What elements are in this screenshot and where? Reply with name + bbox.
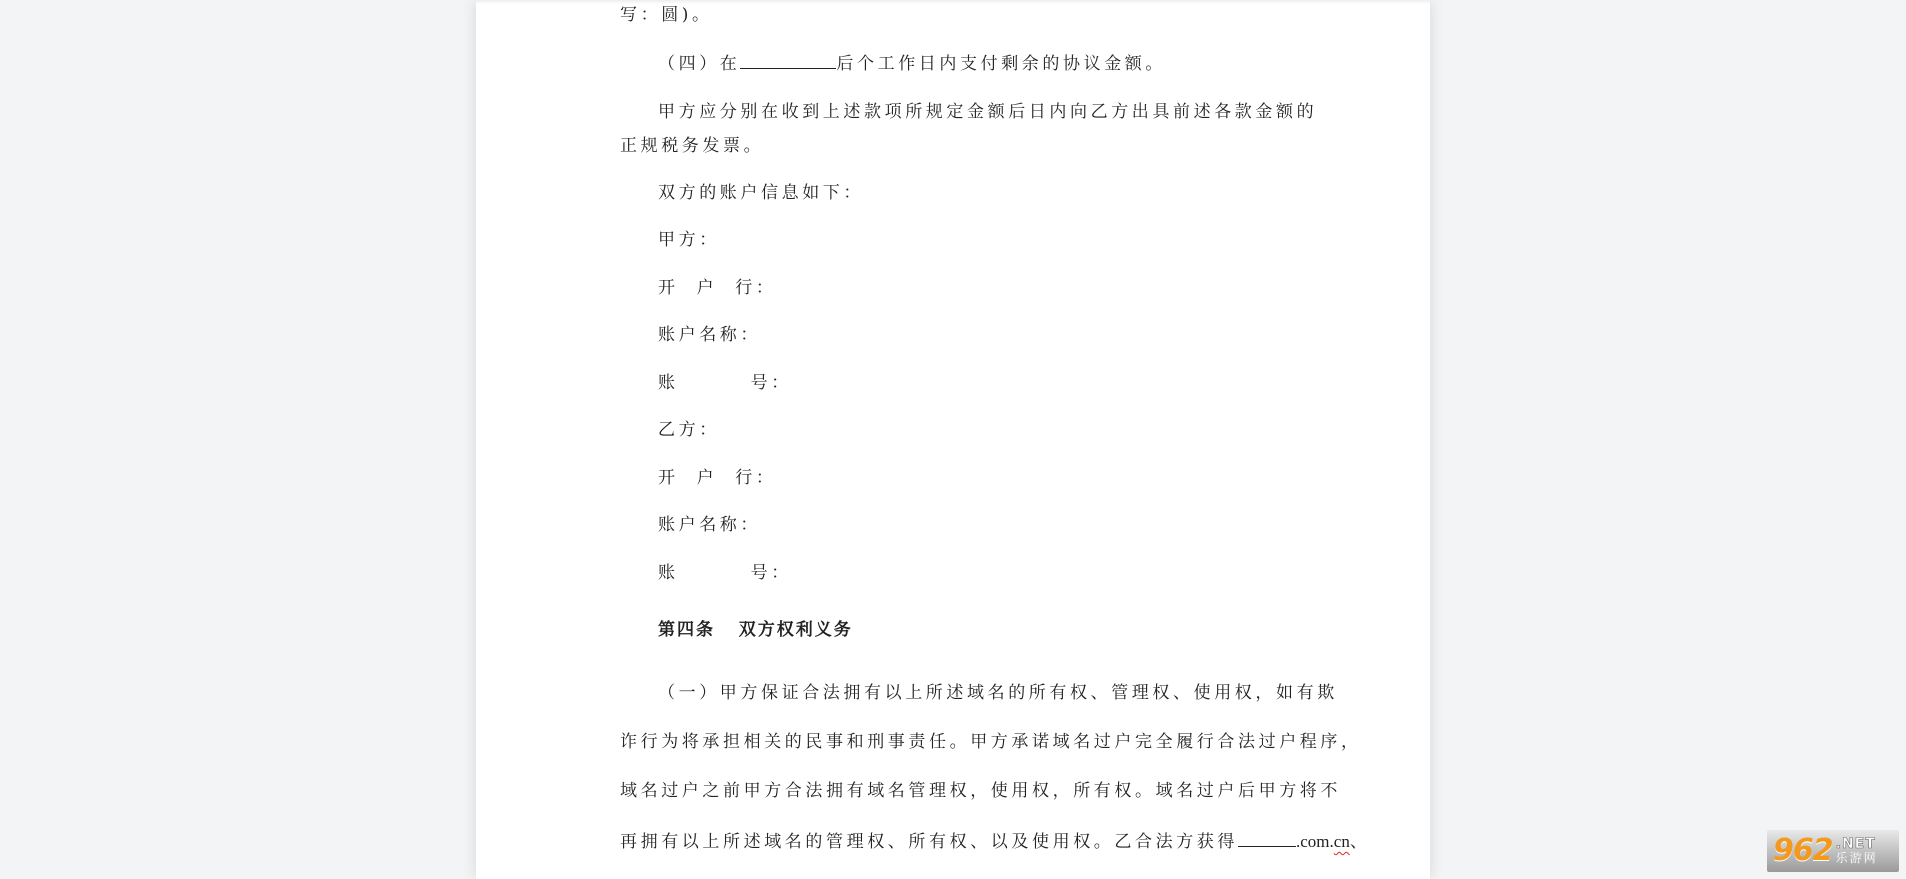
party-b-bank-label: 开 户 行： (658, 467, 776, 489)
text-line: 甲方应分别在收到上述款项所规定金额后日内向乙方出具前述各款金额的 (658, 101, 1317, 123)
party-b-label: 乙方： (658, 419, 720, 441)
fill-blank[interactable] (1238, 830, 1296, 847)
section-heading-article-4: 第四条 双方权利义务 (658, 619, 853, 641)
fill-blank[interactable] (740, 52, 836, 69)
text-line: 域名过户之前甲方合法拥有域名管理权，使用权，所有权。域名过户后甲方将不 (620, 780, 1341, 802)
watermark-cn: 乐游网 (1836, 851, 1878, 865)
spellcheck-word[interactable]: cn (1334, 832, 1350, 851)
party-a-account-number-label: 账 号： (658, 372, 792, 394)
payment-clause-4: （四）在后个工作日内支付剩余的协议金额。 (658, 52, 1166, 75)
party-a-label: 甲方： (658, 229, 720, 251)
text-line: 诈行为将承担相关的民事和刑事责任。甲方承诺域名过户完全履行合法过户程序， (620, 731, 1362, 753)
watermark-number: 962 (1773, 836, 1833, 866)
site-watermark-logo: 962 .NET 乐游网 (1767, 830, 1899, 872)
party-a-account-name-label: 账户名称： (658, 324, 761, 346)
party-b-account-name-label: 账户名称： (658, 514, 761, 536)
clause-prefix: （四）在 (658, 54, 740, 74)
text-line: （一）甲方保证合法拥有以上所述域名的所有权、管理权、使用权，如有欺 (658, 682, 1338, 704)
account-info-heading: 双方的账户信息如下： (658, 182, 864, 204)
clause-suffix: 后个工作日内支付剩余的协议金额。 (836, 54, 1166, 74)
clause-prefix: 再拥有以上所述域名的管理权、所有权、以及使用权。乙合法方获得 (620, 832, 1238, 852)
domain-suffix: .com. (1296, 832, 1334, 851)
party-b-account-number-label: 账 号： (658, 562, 792, 584)
document-page: 写：圆)。 （四）在后个工作日内支付剩余的协议金额。 甲方应分别在收到上述款项所… (476, 0, 1430, 879)
document-viewer: 写：圆)。 （四）在后个工作日内支付剩余的协议金额。 甲方应分别在收到上述款项所… (0, 0, 1906, 879)
domain-clause-line: 再拥有以上所述域名的管理权、所有权、以及使用权。乙合法方获得.com.cn、 (620, 830, 1370, 853)
text-line: 写：圆)。 (620, 4, 713, 26)
text-line: 正规税务发票。 (620, 135, 764, 157)
watermark-net: .NET (1836, 837, 1878, 851)
clause-suffix: 、 (1350, 832, 1371, 852)
party-a-bank-label: 开 户 行： (658, 277, 776, 299)
